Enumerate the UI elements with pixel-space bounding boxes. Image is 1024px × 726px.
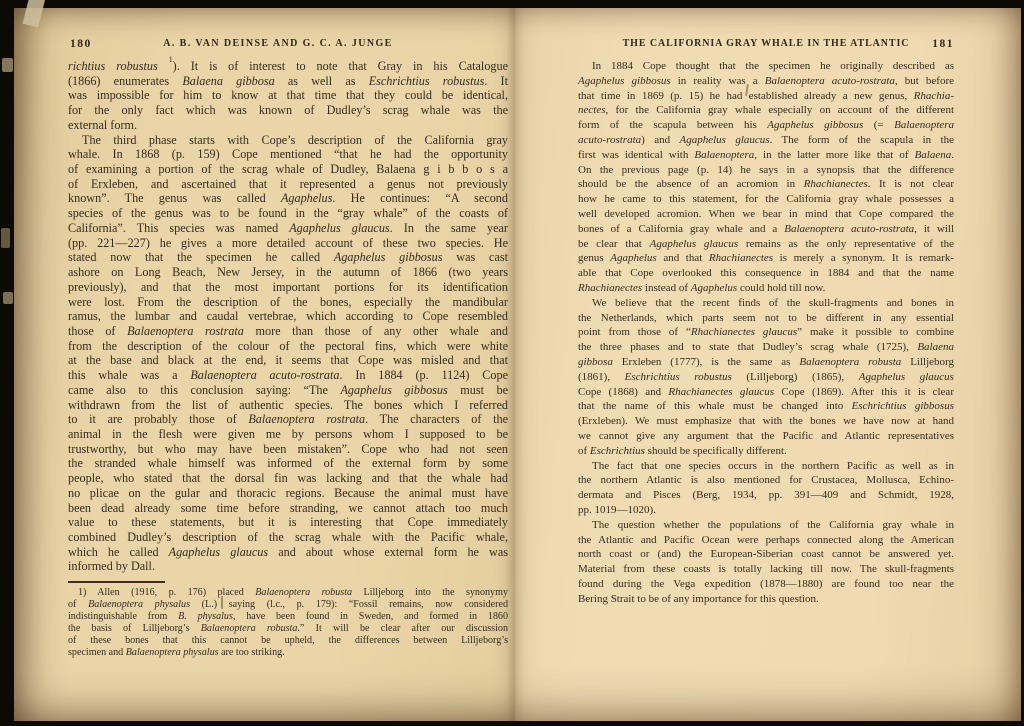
text-line: richtius robustus 1). It is of interest … (68, 59, 508, 74)
text-line: been dead already some time before stran… (68, 501, 508, 516)
photo-edge-top (0, 0, 1024, 8)
text-line: The third phase starts with Cope’s descr… (68, 133, 508, 148)
text-line: point from those of “Rhachianectes glauc… (578, 325, 954, 340)
text-line: animal in the flesh were given me by per… (68, 427, 508, 442)
text-line: Rhachianectes instead of Agaphelus could… (578, 281, 954, 296)
text-line: ramus, the lumbar and caudal vertebrae, … (68, 309, 508, 324)
text-line: (1866) enumerates Balaena gibbosa as wel… (68, 74, 508, 89)
text-line: for the only fact which was known of Dud… (68, 103, 508, 118)
text-line: stated now that the specimen he called A… (68, 250, 508, 265)
text-line: well developed acromion. When we bear in… (578, 207, 954, 222)
text-line: that the name of this whale must be chan… (578, 399, 954, 414)
text-line: should be the absence of an acromion in … (578, 177, 954, 192)
text-line: were lost. From the description of the b… (68, 295, 508, 310)
text-line: first was identical with Balaenoptera, i… (578, 148, 954, 163)
text-line: of examining a portion of the scrag whal… (68, 162, 508, 177)
text-line: On the previous page (p. 14) he says in … (578, 163, 954, 178)
text-line: the stranded whale himself was informed … (68, 456, 508, 471)
text-line: came also to this conclusion saying: “Th… (68, 383, 508, 398)
text-line: at the base and black at the end, it see… (68, 353, 508, 368)
text-line: the three phases and to state that Dudle… (578, 340, 954, 355)
text-line: whale. In 1868 (p. 159) Cope mentioned “… (68, 147, 508, 162)
text-line: external form. (68, 118, 508, 133)
text-line: of Eschrichtius should be specifically d… (578, 444, 954, 459)
photo-edge-bottom (0, 721, 1024, 726)
text-line: Bering Strait to be of any importance fo… (578, 592, 954, 607)
text-line: the northern Atlantic is also mentioned … (578, 473, 954, 488)
text-line: this whale was a Balaenoptera acuto-rost… (68, 368, 508, 383)
text-line: able that Cope overlooked this consequen… (578, 266, 954, 281)
text-line: found during the Vega expedition (1878—1… (578, 577, 954, 592)
text-line: people, who stated that the dorsal fin w… (68, 471, 508, 486)
left-page-number: 180 (70, 36, 92, 52)
left-page-body-text: richtius robustus 1). It is of interest … (68, 59, 508, 574)
text-line: previously), and that the most important… (68, 280, 508, 295)
text-line: known”. The genus was called Agaphelus. … (68, 191, 508, 206)
text-line: ashore on Long Beach, New Jersey, in the… (68, 265, 508, 280)
left-running-header: 180 A. B. VAN DEINSE AND G. C. A. JUNGE (68, 36, 508, 52)
text-line: 1) Allen (1916, p. 176) placed Balaenopt… (68, 587, 508, 599)
book-spread-photo: 180 A. B. VAN DEINSE AND G. C. A. JUNGE … (0, 0, 1024, 726)
text-line: how he came to this statement, for the C… (578, 192, 954, 207)
text-line: (pp. 221—227) he gives a more detailed a… (68, 236, 508, 251)
text-line: those of Balaenoptera rostrata more than… (68, 324, 508, 339)
text-line: We believe that the recent finds of the … (578, 296, 954, 311)
text-line: the Netherlands, which parts seem not to… (578, 311, 954, 326)
photo-edge-left (0, 0, 14, 726)
right-page-number: 181 (932, 36, 954, 52)
text-line: (1861), Eschrichtius robustus (Lilljebor… (578, 370, 954, 385)
text-line: bones of a California gray whale and a B… (578, 222, 954, 237)
text-line: north coast or (and) the European-Siberi… (578, 547, 954, 562)
text-line: The fact that one species occurs in the … (578, 459, 954, 474)
text-line: species of the genus was to be found in … (68, 206, 508, 221)
text-line: value to these statements, but it is int… (68, 515, 508, 530)
text-line: from the description of the colour of th… (68, 339, 508, 354)
footnote-divider-rule (68, 581, 165, 583)
text-line: we cannot give any argument that the Pac… (578, 429, 954, 444)
text-line: specimen and Balaenoptera physalus are t… (68, 647, 508, 659)
text-line: that time in 1869 (p. 15) he had establi… (578, 89, 954, 104)
text-line: California”. This species was named Agap… (68, 221, 508, 236)
text-line: informed by Dall. (68, 559, 508, 574)
text-line: form of the scapula between his Agaphelu… (578, 118, 954, 133)
right-page-body-text: In 1884 Cope thought that the specimen h… (578, 59, 954, 606)
text-line: which he called Agaphelus glaucus and ab… (68, 545, 508, 560)
text-line: be clear that Agaphelus glaucus remains … (578, 237, 954, 252)
text-line: withdrawn from the list of authentic spe… (68, 398, 508, 413)
right-running-header: THE CALIFORNIA GRAY WHALE IN THE ATLANTI… (578, 36, 954, 52)
text-line: was impossible for him to know at that t… (68, 88, 508, 103)
text-line: indistinguishable from B. physalus, have… (68, 611, 508, 623)
left-page-footnote: 1) Allen (1916, p. 176) placed Balaenopt… (68, 587, 508, 660)
text-line: acuto-rostrata) and Agaphelus glaucus. T… (578, 133, 954, 148)
text-line: the Atlantic and Pacific Ocean were perh… (578, 533, 954, 548)
text-line: combined Dudley’s description of the scr… (68, 530, 508, 545)
text-line: The question whether the populations of … (578, 518, 954, 533)
text-line: In 1884 Cope thought that the specimen h… (578, 59, 954, 74)
text-line: genus Agaphelus and that Rhachianectes i… (578, 251, 954, 266)
left-running-title: A. B. VAN DEINSE AND G. C. A. JUNGE (68, 36, 508, 52)
text-line: Agaphelus gibbosus in reality was a Bala… (578, 74, 954, 89)
text-line: trustworthy, but who may have been mista… (68, 442, 508, 457)
text-line: gibbosa Erxleben (1777), is the same as … (578, 355, 954, 370)
text-line: nectes, for the California gray whale es… (578, 103, 954, 118)
text-line: no plicae on the gular and thoracic regi… (68, 486, 508, 501)
text-line: Cope (1868) and Rhachianectes glaucus Co… (578, 385, 954, 400)
text-line: (Erxleben). We must emphasize that with … (578, 414, 954, 429)
text-line: of Balaenoptera physalus (L.) saying (l.… (68, 599, 508, 611)
text-line: pp. 1019—1020). (578, 503, 954, 518)
text-line: Material from these coasts is totally la… (578, 562, 954, 577)
text-line: of Erxleben, and ascertained that it rep… (68, 177, 508, 192)
right-running-title: THE CALIFORNIA GRAY WHALE IN THE ATLANTI… (578, 36, 954, 52)
text-line: the basis of Lilljeborg’s Balaenoptera r… (68, 623, 508, 635)
text-line: of these bones that this cannot be uphel… (68, 635, 508, 647)
text-line: dermata and Pisces (Berg, 1934, pp. 391—… (578, 488, 954, 503)
text-line: to it are probably those of Balaenoptera… (68, 412, 508, 427)
